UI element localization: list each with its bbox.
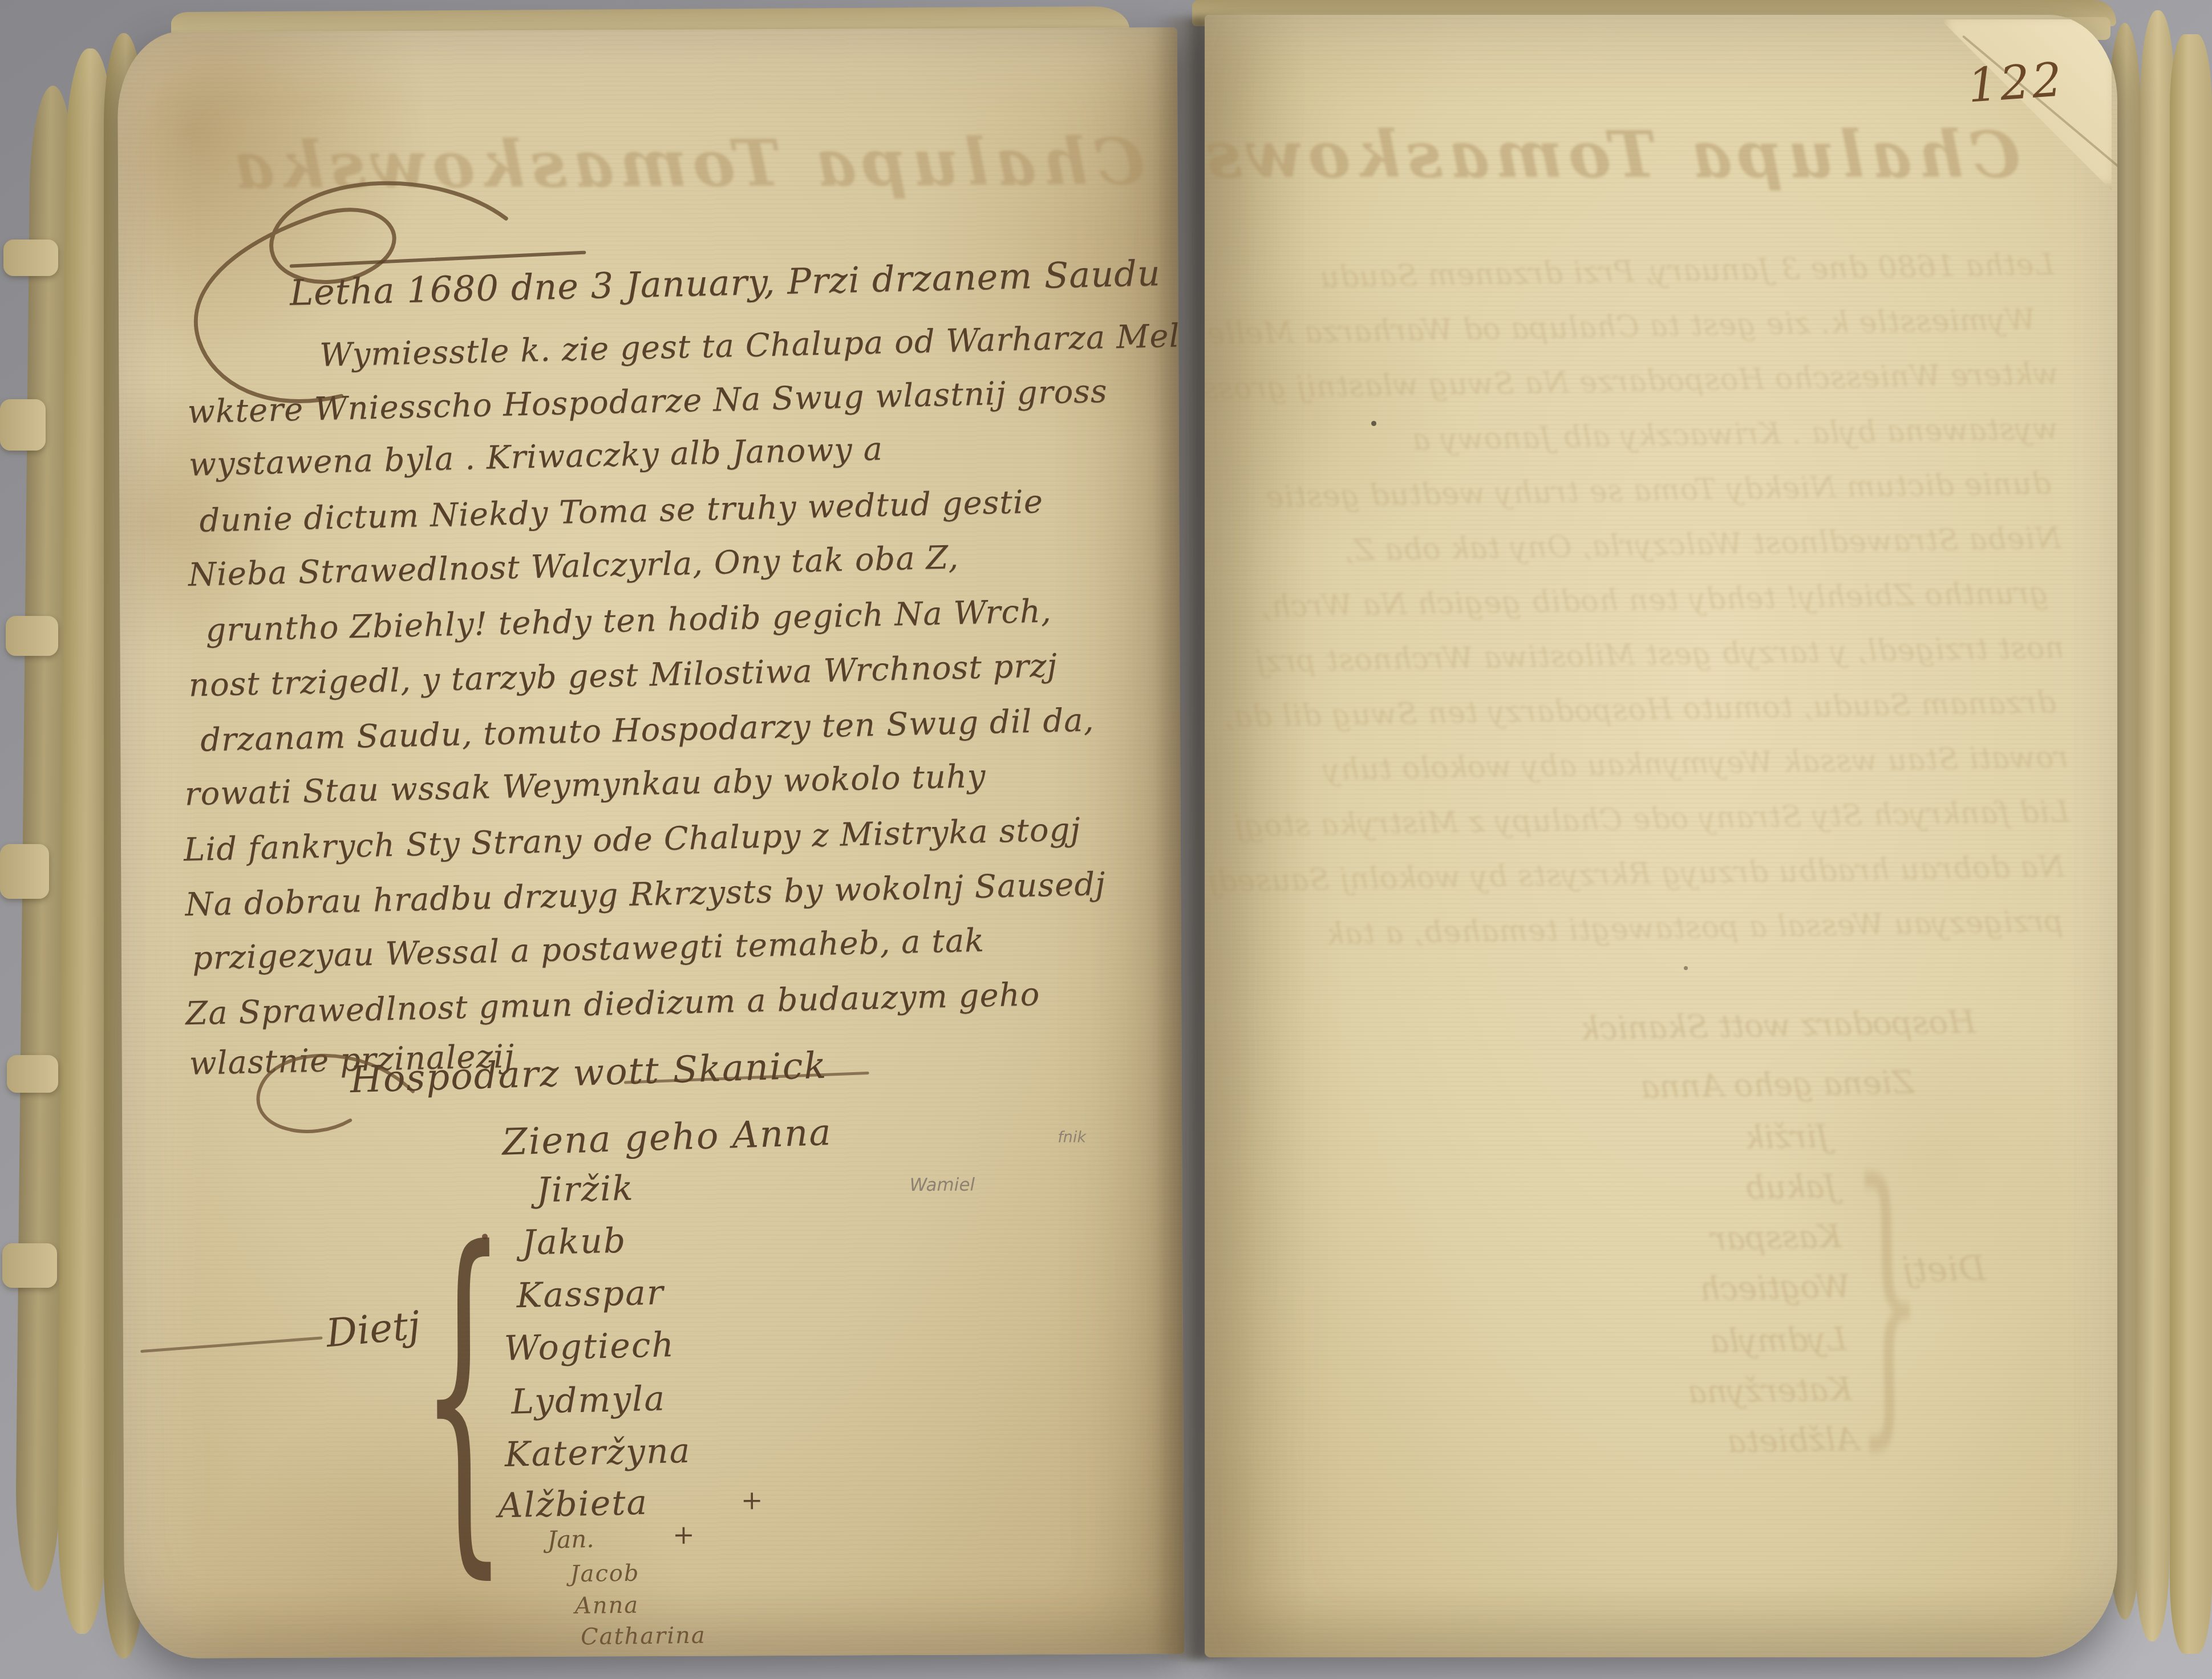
- death-cross: +: [672, 1519, 695, 1550]
- right-page-edge-stack: [2170, 34, 2212, 1654]
- child-name: Jakub: [521, 1221, 627, 1263]
- child-name: Lydmyla: [511, 1379, 666, 1422]
- bleedthrough-line: Nieba Strawedlnost Walczyrla, Ony tak ob…: [1343, 521, 2061, 568]
- manuscript-line: Lid fankrych Sty Strany ode Chalupy z Mi…: [183, 811, 1081, 869]
- right-page: 122 Chalupa Tomaskowska Letha 1680 dne 3…: [1205, 15, 2117, 1657]
- child-name: Alžbieta: [497, 1483, 649, 1526]
- household-wife: Ziena geho Anna: [501, 1112, 832, 1164]
- bleedthrough-family-list: Hospodarz wott Skanick Ziena geho Anna J…: [1542, 1003, 2008, 1581]
- manuscript-line: gruntho Zbiehly! tehdy ten hodib gegich …: [205, 593, 1052, 649]
- bleedthrough-name: Wogtiech: [1699, 1268, 1850, 1308]
- bleedthrough-line: wystawena byla . Kriwaczky alb Janowy a: [1412, 412, 2059, 457]
- manuscript-line: wystawena byla . Kriwaczky alb Janowy a: [188, 431, 883, 484]
- bleedthrough-name: Lydmyla: [1709, 1321, 1847, 1360]
- bleedthrough-brace: {: [1850, 1119, 1927, 1475]
- death-cross: +: [741, 1485, 763, 1515]
- page-edge-tab: [6, 616, 58, 656]
- bleedthrough-line: przigezyau Wessal a postawegti temaheb, …: [1325, 905, 2063, 952]
- bleedthrough-line: wktere Wniesscho Hospodarze Na Swug wlas…: [1205, 357, 2059, 406]
- bleedthrough-name: Alžbieta: [1727, 1421, 1859, 1460]
- manuscript-book-photo: Chalupa Tomaskowska Letha 1680 dne 3 Jan…: [0, 0, 2212, 1679]
- later-entry: Anna: [575, 1592, 639, 1619]
- right-page-edge-stack: [2135, 10, 2175, 1641]
- bleedthrough-line: rowati Stau wssak Weymynkau aby wokolo t…: [1322, 740, 2069, 788]
- bleedthrough-line: Lid fankrych Sty Strany ode Chalupy z Mi…: [1234, 795, 2069, 844]
- left-page: Chalupa Tomaskowska Letha 1680 dne 3 Jan…: [118, 27, 1184, 1658]
- children-label: Dietj: [324, 1303, 422, 1357]
- bleedthrough-paragraph: Letha 1680 dne 3 January, Przi drzanem S…: [1250, 248, 2072, 1003]
- pencil-annotation: fnik: [1058, 1129, 1086, 1146]
- bleedthrough-line: gruntho Zbiehly! tehdy ten hodib gegich …: [1261, 576, 2049, 624]
- bleedthrough-line: Wymiesstle k. zie gest ta Chalupa od War…: [1206, 302, 2036, 351]
- later-entry: Jacob: [570, 1560, 640, 1588]
- child-name: Kasspar: [516, 1273, 665, 1316]
- child-name: Wogtiech: [504, 1325, 675, 1369]
- manuscript-line: nost trzigedl, y tarzyb gest Milostiwa W…: [188, 647, 1058, 704]
- page-edge-tab: [3, 240, 58, 276]
- manuscript-line: dunie dictum Niekdy Toma se truhy wedtud…: [199, 483, 1044, 540]
- ink-speck: [482, 1234, 488, 1239]
- child-name-late: Jan.: [547, 1525, 594, 1554]
- bleedthrough-line: Letha 1680 dne 3 January, Przi drzanem S…: [1319, 248, 2055, 294]
- manuscript-line: Na dobrau hradbu drzuyg Rkrzysts by woko…: [185, 866, 1106, 924]
- bleedthrough-name: Kasspar: [1711, 1218, 1842, 1258]
- manuscript-line: rowati Stau wssak Weymynkau aby wokolo t…: [184, 758, 986, 813]
- bleedthrough-heading-wrap: Chalupa Tomaskowska: [1296, 117, 2037, 226]
- child-name: Jiržik: [536, 1169, 635, 1211]
- page-number: 122: [1966, 52, 2066, 113]
- bleedthrough-line: dunie dictum Niekdy Toma se truhy wedtud…: [1265, 467, 2051, 514]
- page-edge-tab: [7, 1055, 58, 1093]
- bleedthrough-name: Kateržyna: [1687, 1371, 1852, 1411]
- later-entry: Catharina: [581, 1623, 706, 1650]
- bleedthrough-line: nost trzigedl, y tarzyb gest Milostiwa W…: [1255, 631, 2064, 679]
- manuscript-line: drzanam Saudu, tomuto Hospodarzy ten Swu…: [200, 701, 1095, 759]
- bleedthrough-name: Hospodarz wott Skanick: [1580, 1004, 1976, 1048]
- bleedthrough-name: Ziena geho Anna: [1640, 1064, 1914, 1106]
- bleedthrough-label: Dietj: [1902, 1249, 1986, 1291]
- bleedthrough-heading: Chalupa Tomaskowska: [1205, 117, 2020, 192]
- paper-speck: [1684, 966, 1688, 970]
- bleedthrough-line: drzanam Saudu, tomuto Hospodarzy ten Swu…: [1224, 686, 2056, 734]
- page-edge-tab: [0, 844, 49, 899]
- bleedthrough-line: Na dobrau hradbu drzuyg Rkrzysts by woko…: [1208, 850, 2065, 899]
- child-name: Kateržyna: [504, 1431, 691, 1475]
- bleedthrough-name: Jakub: [1745, 1168, 1838, 1207]
- paper-speck: [1371, 421, 1376, 426]
- ink-flourish-line: [140, 1336, 322, 1353]
- bleedthrough-name: Jiržik: [1744, 1118, 1830, 1157]
- page-edge-tab: [2, 1243, 57, 1288]
- children-brace: {: [419, 1178, 508, 1610]
- pencil-annotation: Wamiel: [910, 1175, 975, 1195]
- page-edge-tab: [0, 399, 46, 451]
- manuscript-line: Nieba Strawedlnost Walczyrla, Ony tak ob…: [188, 539, 959, 594]
- manuscript-line: przigezyau Wessal a postawegti temaheb, …: [192, 922, 985, 978]
